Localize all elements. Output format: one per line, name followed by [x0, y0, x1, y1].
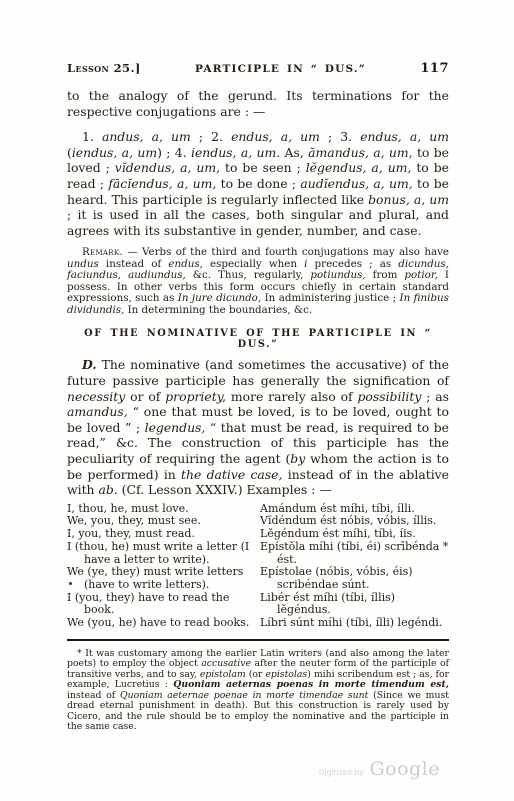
example-latin: Lĕgéndum ést míhi, tíbi, íis. [260, 528, 449, 541]
examples-table: I, thou, he, must love. Amándum ést míhi… [67, 503, 449, 630]
example-english: I, you, they, must read. [67, 528, 255, 541]
google-logo: Google [369, 758, 440, 780]
example-latin: Líbri súnt míhi (tíbi, ílli) legéndi. [260, 617, 449, 630]
example-row: I (you, they) have to read the book. Lib… [67, 592, 449, 617]
paragraph-terminations: 1. andus, a, um ; 2. endus, a, um ; 3. e… [67, 129, 449, 238]
footnote-divider [67, 639, 449, 641]
footnote-text: * It was customary among the earlier Lat… [67, 649, 449, 733]
paragraph-remark: Remark. — Verbs of the third and fourth … [67, 247, 449, 316]
book-page: Lesson 25.] PARTICIPLE IN “ DUS.” 117 to… [0, 0, 514, 801]
example-row: I (thou, he) must write a letter (I have… [67, 541, 449, 566]
digitized-by-label: Digitized by [319, 768, 364, 777]
example-english: I (thou, he) must write a letter (I have… [67, 541, 255, 566]
example-latin: Libér ést míhi (tíbi, íllis) lĕgéndus. [260, 592, 449, 617]
example-row: We (ye, they) must write letters (have t… [67, 566, 449, 591]
lesson-label: Lesson 25.] [67, 61, 141, 75]
text-column: Lesson 25.] PARTICIPLE IN “ DUS.” 117 to… [67, 61, 449, 733]
example-english: We (you, he) have to read books. [67, 617, 255, 630]
paragraph-intro: to the analogy of the gerund. Its termin… [67, 88, 449, 119]
example-latin: Epístolae (nóbis, vóbis, éis) scribéndae… [260, 566, 449, 591]
google-watermark: Digitized by Google [319, 758, 440, 780]
example-row: I, you, they, must read. Lĕgéndum ést mí… [67, 528, 449, 541]
example-latin: Epístŏla míhi (tíbi, éi) scrībénda * ést… [260, 541, 449, 566]
ink-speck [69, 582, 72, 585]
page-number: 117 [420, 61, 449, 76]
chapter-title: PARTICIPLE IN “ DUS.” [141, 63, 421, 75]
example-row: We (you, he) have to read books. Líbri s… [67, 617, 449, 630]
running-header: Lesson 25.] PARTICIPLE IN “ DUS.” 117 [67, 61, 449, 76]
example-english: I (you, they) have to read the book. [67, 592, 255, 617]
example-english: We (ye, they) must write letters (have t… [67, 566, 255, 591]
paragraph-rule-d: D. The nominative (and sometimes the acc… [67, 357, 449, 497]
section-heading: OF THE NOMINATIVE OF THE PARTICIPLE IN “… [67, 328, 449, 350]
